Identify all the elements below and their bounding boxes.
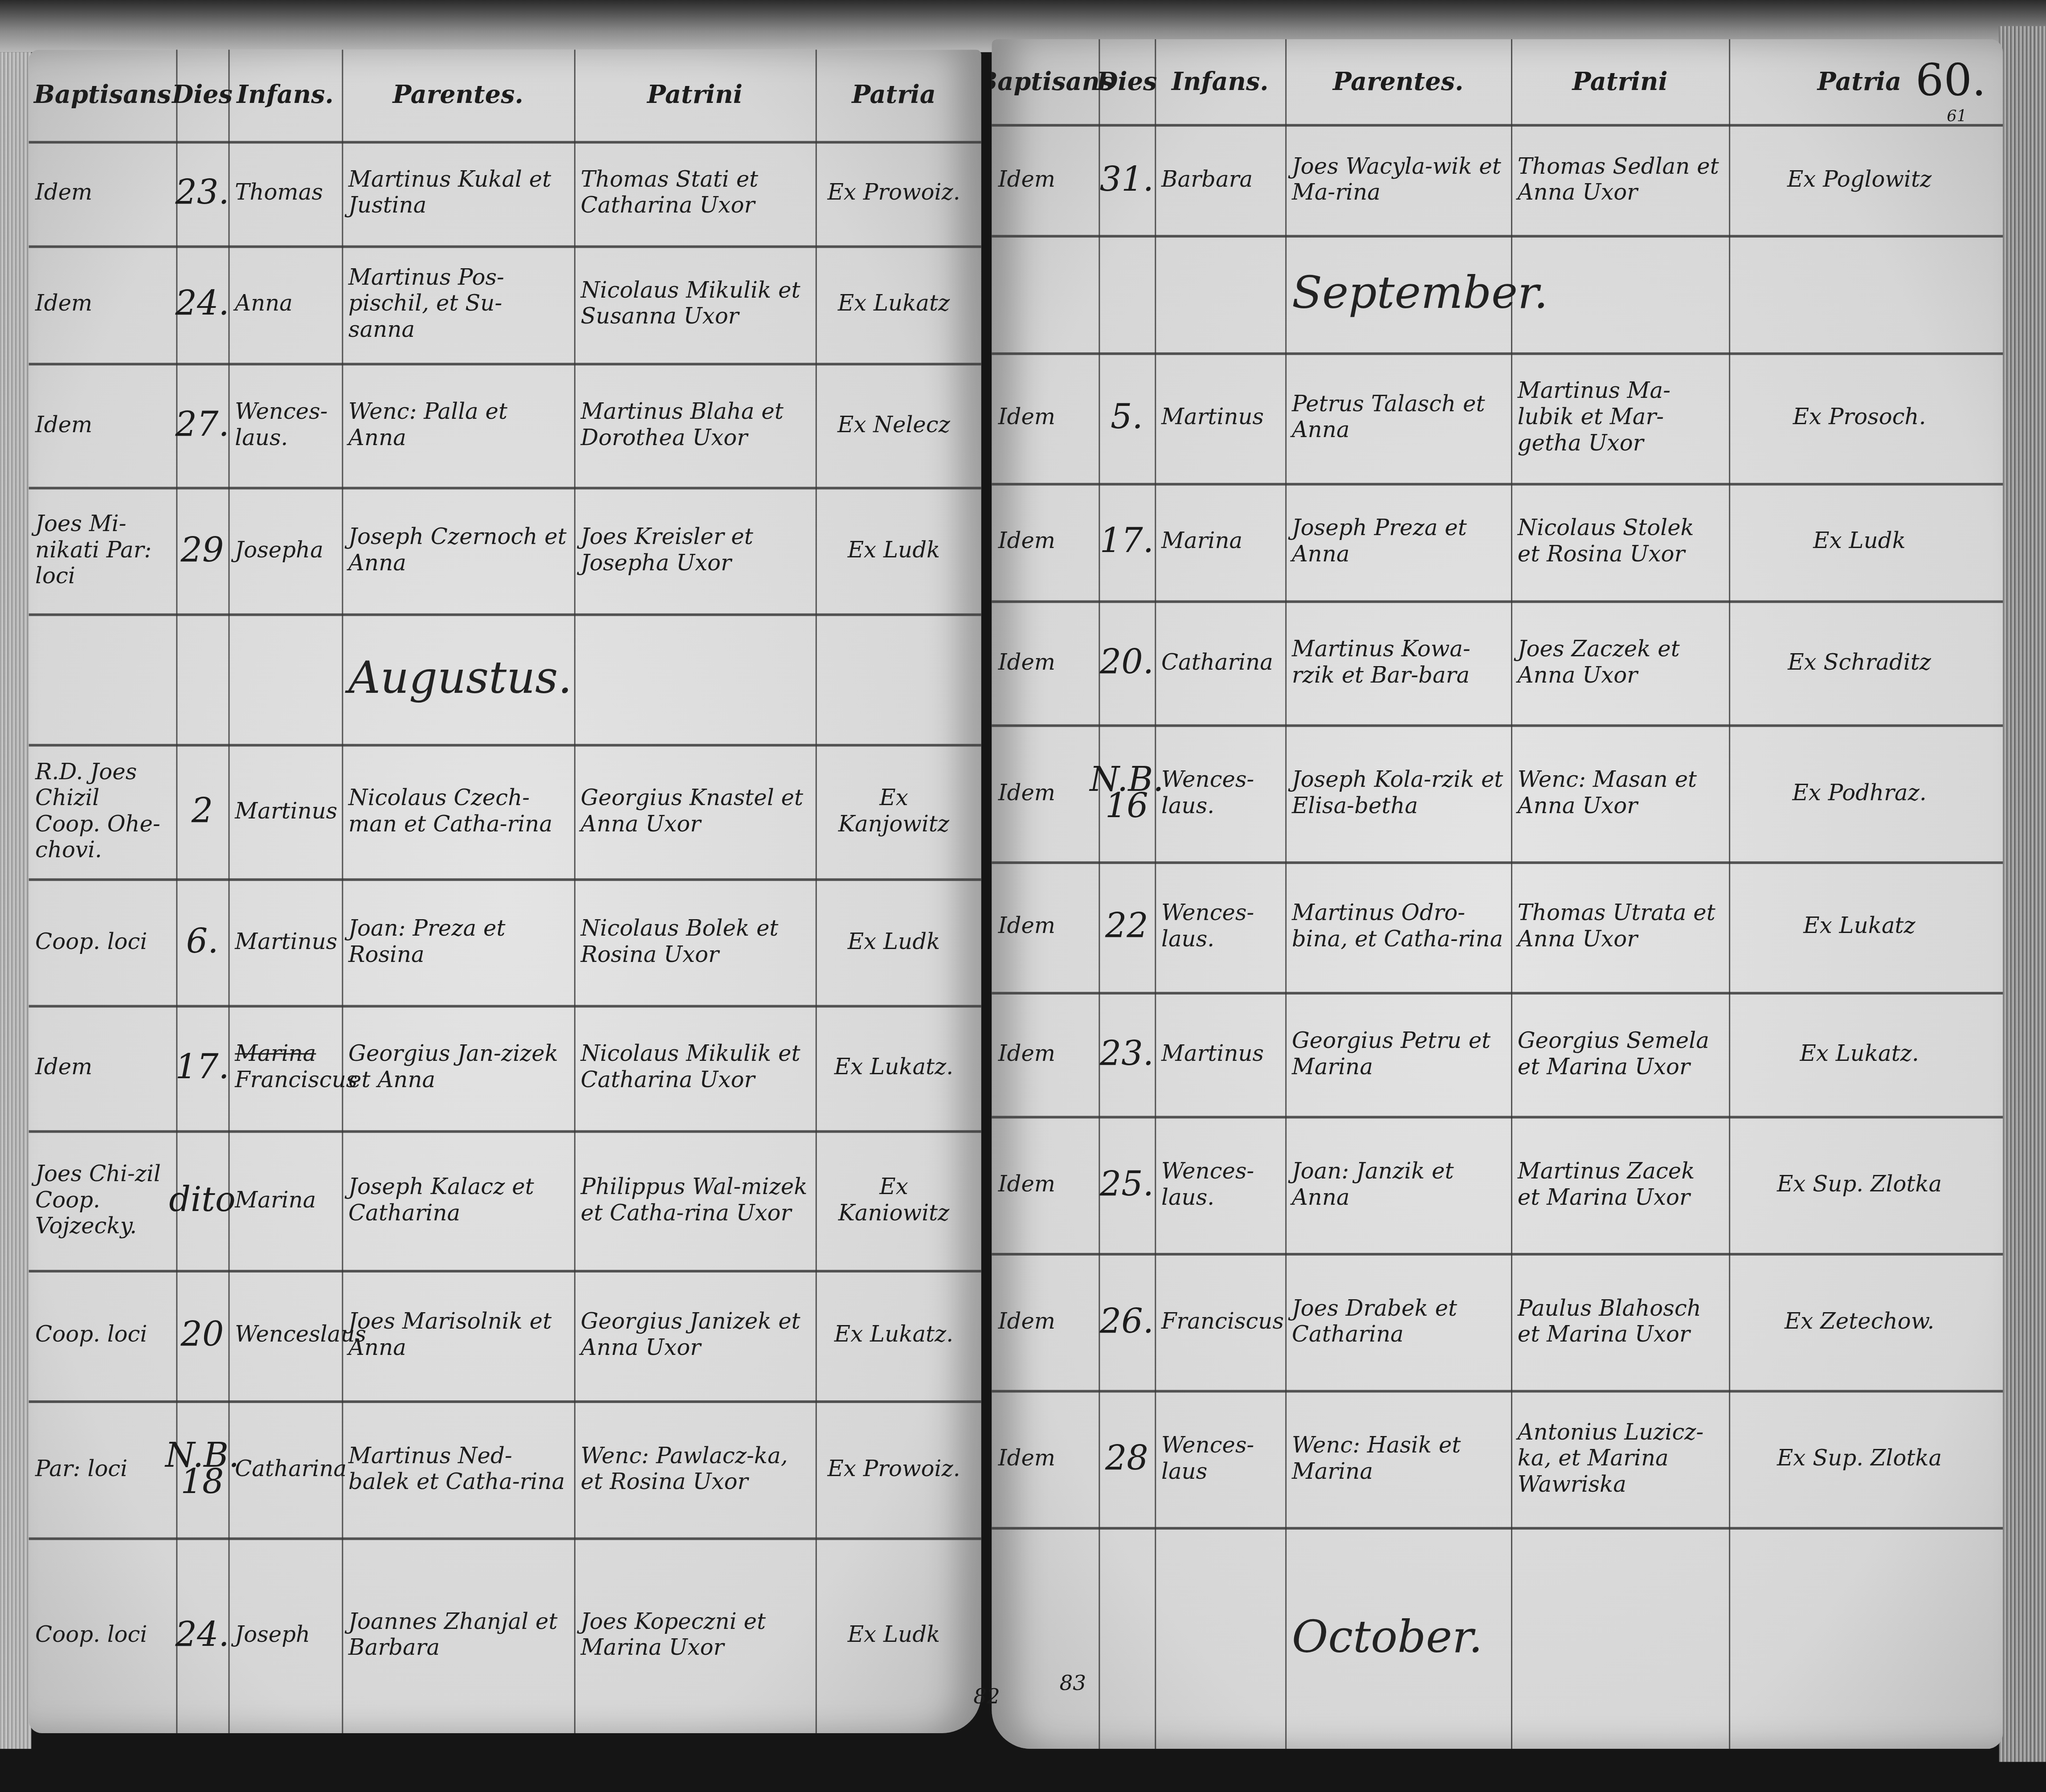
right-row-7-patria: Ex Lukatz	[1729, 861, 1990, 992]
month-heading: October.	[1285, 1527, 1729, 1749]
left-row-10-patrini: Georgius Janizek et Anna Uxor	[574, 1270, 816, 1400]
right-row-9-baptisans: Idem	[992, 1116, 1099, 1253]
right-row-6-patrini: Wenc: Masan et Anna Uxor	[1511, 724, 1729, 862]
left-row-12-infans: Joseph	[229, 1538, 342, 1733]
header-baptisans: Baptisans	[29, 49, 176, 141]
right-row-6-baptisans: Idem	[992, 724, 1099, 862]
right-row-4-patrini: Nicolaus Stolek et Rosina Uxor	[1511, 483, 1729, 601]
infans-name: Franciscus	[235, 1068, 335, 1094]
right-row-1-baptisans: Idem	[992, 124, 1099, 235]
right-row-8-patria: Ex Lukatz.	[1729, 992, 1990, 1116]
left-row-8-baptisans: Idem	[29, 1005, 176, 1130]
left-row-6-patrini: Georgius Knastel et Anna Uxor	[574, 744, 816, 879]
right-row-11-patrini: Antonius Luzicz-ka, et Marina Wawriska	[1511, 1390, 1729, 1527]
left-row-1-patria: Ex Prowoiz.	[816, 141, 972, 245]
left-row-9-parentes: Joseph Kalacz et Catharina	[342, 1130, 574, 1270]
right-row-1-patria: Ex Poglowitz	[1729, 124, 1990, 235]
right-row-1-patrini: Thomas Sedlan et Anna Uxor	[1511, 124, 1729, 235]
right-row-5-parentes: Martinus Kowa-rzik et Bar-bara	[1285, 600, 1511, 724]
right-row-11-parentes: Wenc: Hasik et Marina	[1285, 1390, 1511, 1527]
left-row-10-patria: Ex Lukatz.	[816, 1270, 972, 1400]
right-row-8-infans: Martinus	[1155, 992, 1285, 1116]
left-row-3-infans: Wences-laus.	[229, 363, 342, 487]
right-row-4-parentes: Joseph Preza et Anna	[1285, 483, 1511, 601]
right-row-6-dies: N.B. 16	[1099, 724, 1155, 862]
left-row-3-baptisans: Idem	[29, 363, 176, 487]
left-row-10-infans: Wenceslaus	[229, 1270, 342, 1400]
left-row-2-parentes: Martinus Pos-pischil, et Su-sanna	[342, 245, 574, 363]
right-row-11-dies: 28	[1099, 1390, 1155, 1527]
right-row-5-dies: 20.	[1099, 600, 1155, 724]
left-row-9-patria: Ex Kaniowitz	[816, 1130, 972, 1270]
left-row-11-patria: Ex Prowoiz.	[816, 1400, 972, 1538]
right-row-6-parentes: Joseph Kola-rzik et Elisa-betha	[1285, 724, 1511, 862]
left-row-7-parentes: Joan: Preza et Rosina	[342, 878, 574, 1005]
right-page: BaptisansDiesInfans.Parentes.PatriniPatr…	[992, 39, 2003, 1749]
right-row-1-infans: Barbara	[1155, 124, 1285, 235]
left-row-3-dies: 27.	[176, 363, 228, 487]
left-row-8-patrini: Nicolaus Mikulik et Catharina Uxor	[574, 1005, 816, 1130]
right-row-9-parentes: Joan: Janzik et Anna	[1285, 1116, 1511, 1253]
left-row-7-dies: 6.	[176, 878, 228, 1005]
left-row-4-parentes: Joseph Czernoch et Anna	[342, 487, 574, 614]
right-row-11-baptisans: Idem	[992, 1390, 1099, 1527]
left-row-11-baptisans: Par: loci	[29, 1400, 176, 1538]
left-row-8-patria: Ex Lukatz.	[816, 1005, 972, 1130]
right-row-9-dies: 25.	[1099, 1116, 1155, 1253]
left-row-1-dies: 23.	[176, 141, 228, 245]
left-row-12-dies: 24.	[176, 1538, 228, 1733]
right-row-10-parentes: Joes Drabek et Catharina	[1285, 1253, 1511, 1390]
left-row-10-dies: 20	[176, 1270, 228, 1400]
left-row-4-infans: Josepha	[229, 487, 342, 614]
left-row-6-patria: Ex Kanjowitz	[816, 744, 972, 879]
right-row-9-patria: Ex Sup. Zlotka	[1729, 1116, 1990, 1253]
left-row-1-parentes: Martinus Kukal et Justina	[342, 141, 574, 245]
left-fore-edge	[0, 52, 31, 1749]
left-row-2-baptisans: Idem	[29, 245, 176, 363]
left-row-1-infans: Thomas	[229, 141, 342, 245]
right-row-7-infans: Wences-laus.	[1155, 861, 1285, 992]
left-row-3-patria: Ex Nelecz	[816, 363, 972, 487]
month-heading: Augustus.	[342, 614, 815, 744]
left-row-6-baptisans: R.D. Joes Chizil Coop. Ohe-chovi.	[29, 744, 176, 879]
right-row-4-infans: Marina	[1155, 483, 1285, 601]
right-row-7-dies: 22	[1099, 861, 1155, 992]
left-row-11-patrini: Wenc: Pawlacz-ka, et Rosina Uxor	[574, 1400, 816, 1538]
right-row-6-infans: Wences-laus.	[1155, 724, 1285, 862]
right-row-6-patria: Ex Podhraz.	[1729, 724, 1990, 862]
right-row-8-parentes: Georgius Petru et Marina	[1285, 992, 1511, 1116]
folio-number: 60.	[1915, 55, 1986, 107]
left-row-12-patria: Ex Ludk	[816, 1538, 972, 1733]
right-row-3-baptisans: Idem	[992, 352, 1099, 483]
left-row-4-dies: 29	[176, 487, 228, 614]
right-row-3-patria: Ex Prosoch.	[1729, 352, 1990, 483]
right-row-1-parentes: Joes Wacyla-wik et Ma-rina	[1285, 124, 1511, 235]
left-row-8-parentes: Georgius Jan-zizek et Anna	[342, 1005, 574, 1130]
left-page: BaptisansDiesInfans.Parentes.PatriniPatr…	[29, 49, 981, 1733]
right-row-10-patria: Ex Zetechow.	[1729, 1253, 1990, 1390]
right-row-11-patria: Ex Sup. Zlotka	[1729, 1390, 1990, 1527]
header-patrini: Patrini	[574, 49, 816, 141]
left-row-3-patrini: Martinus Blaha et Dorothea Uxor	[574, 363, 816, 487]
header-dies: Dies	[176, 49, 228, 141]
left-row-12-baptisans: Coop. loci	[29, 1538, 176, 1733]
right-row-10-dies: 26.	[1099, 1253, 1155, 1390]
book-spread: BaptisansDiesInfans.Parentes.PatriniPatr…	[0, 0, 2046, 1792]
right-row-3-dies: 5.	[1099, 352, 1155, 483]
right-row-5-infans: Catharina	[1155, 600, 1285, 724]
right-row-9-infans: Wences-laus.	[1155, 1116, 1285, 1253]
left-row-12-patrini: Joes Kopeczni et Marina Uxor	[574, 1538, 816, 1733]
left-row-6-infans: Martinus	[229, 744, 342, 879]
left-row-2-dies: 24.	[176, 245, 228, 363]
left-row-3-parentes: Wenc: Palla et Anna	[342, 363, 574, 487]
right-row-8-patrini: Georgius Semela et Marina Uxor	[1511, 992, 1729, 1116]
right-row-4-baptisans: Idem	[992, 483, 1099, 601]
right-row-3-patrini: Martinus Ma-lubik et Mar-getha Uxor	[1511, 352, 1729, 483]
left-row-4-patrini: Joes Kreisler et Josepha Uxor	[574, 487, 816, 614]
left-row-4-patria: Ex Ludk	[816, 487, 972, 614]
left-row-11-infans: Catharina	[229, 1400, 342, 1538]
right-row-3-parentes: Petrus Talasch et Anna	[1285, 352, 1511, 483]
left-row-9-patrini: Philippus Wal-mizek et Catha-rina Uxor	[574, 1130, 816, 1270]
left-row-9-dies: dito	[176, 1130, 228, 1270]
right-row-1-dies: 31.	[1099, 124, 1155, 235]
header-patrini: Patrini	[1511, 39, 1729, 124]
right-row-5-baptisans: Idem	[992, 600, 1099, 724]
month-heading: September.	[1285, 235, 1729, 352]
right-row-9-patrini: Martinus Zacek et Marina Uxor	[1511, 1116, 1729, 1253]
left-row-8-dies: 17.	[176, 1005, 228, 1130]
left-row-7-patria: Ex Ludk	[816, 878, 972, 1005]
header-dies: Dies	[1099, 39, 1155, 124]
right-row-3-infans: Martinus	[1155, 352, 1285, 483]
left-row-11-dies: N.B. 18	[176, 1400, 228, 1538]
left-row-7-infans: Martinus	[229, 878, 342, 1005]
right-row-7-parentes: Martinus Odro-bina, et Catha-rina	[1285, 861, 1511, 992]
header-infans: Infans.	[1155, 39, 1285, 124]
header-baptisans: Baptisans	[992, 39, 1099, 124]
left-row-9-infans: Marina	[229, 1130, 342, 1270]
right-row-4-patria: Ex Ludk	[1729, 483, 1990, 601]
bottom-number-left: 82	[973, 1684, 1000, 1709]
right-row-7-baptisans: Idem	[992, 861, 1099, 992]
header-parentes: Parentes.	[342, 49, 574, 141]
right-row-5-patria: Ex Schraditz	[1729, 600, 1990, 724]
left-row-11-parentes: Martinus Ned-balek et Catha-rina	[342, 1400, 574, 1538]
left-row-6-parentes: Nicolaus Czech-man et Catha-rina	[342, 744, 574, 879]
right-row-8-baptisans: Idem	[992, 992, 1099, 1116]
left-row-9-baptisans: Joes Chi-zil Coop. Vojzecky.	[29, 1130, 176, 1270]
folio-pencil-number: 61	[1947, 107, 1967, 125]
left-row-8-infans: MarinaFranciscus	[229, 1005, 342, 1130]
right-row-7-patrini: Thomas Utrata et Anna Uxor	[1511, 861, 1729, 992]
left-row-7-patrini: Nicolaus Bolek et Rosina Uxor	[574, 878, 816, 1005]
right-row-10-patrini: Paulus Blahosch et Marina Uxor	[1511, 1253, 1729, 1390]
right-fore-edge	[1999, 26, 2046, 1762]
left-row-12-parentes: Joannes Zhanjal et Barbara	[342, 1538, 574, 1733]
left-row-1-baptisans: Idem	[29, 141, 176, 245]
right-row-4-dies: 17.	[1099, 483, 1155, 601]
right-row-10-infans: Franciscus	[1155, 1253, 1285, 1390]
struck-infans-name: Marina	[235, 1042, 335, 1068]
left-row-10-parentes: Joes Marisolnik et Anna	[342, 1270, 574, 1400]
right-row-5-patrini: Joes Zaczek et Anna Uxor	[1511, 600, 1729, 724]
bottom-number-right: 83	[1060, 1670, 1086, 1695]
left-row-6-dies: 2	[176, 744, 228, 879]
left-row-1-patrini: Thomas Stati et Catharina Uxor	[574, 141, 816, 245]
right-row-11-infans: Wences-laus	[1155, 1390, 1285, 1527]
left-row-7-baptisans: Coop. loci	[29, 878, 176, 1005]
left-row-4-baptisans: Joes Mi-nikati Par: loci	[29, 487, 176, 614]
header-parentes: Parentes.	[1285, 39, 1511, 124]
left-row-2-infans: Anna	[229, 245, 342, 363]
right-row-10-baptisans: Idem	[992, 1253, 1099, 1390]
right-row-8-dies: 23.	[1099, 992, 1155, 1116]
header-patria: Patria	[816, 49, 972, 141]
left-row-2-patrini: Nicolaus Mikulik et Susanna Uxor	[574, 245, 816, 363]
header-infans: Infans.	[229, 49, 342, 141]
left-row-10-baptisans: Coop. loci	[29, 1270, 176, 1400]
left-row-2-patria: Ex Lukatz	[816, 245, 972, 363]
